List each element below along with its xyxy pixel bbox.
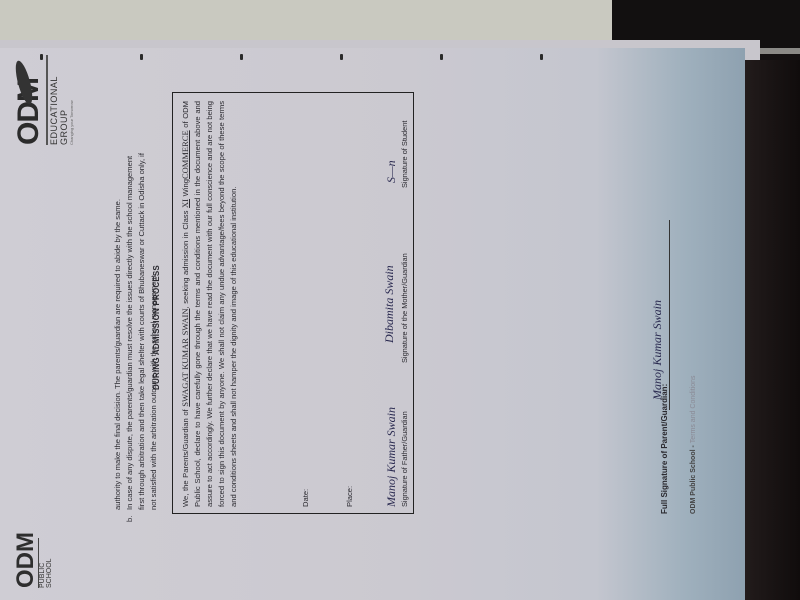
wing-value: COMMERCE: [180, 130, 190, 179]
declaration-paragraph: We, the Parents/Guardian of SWAGAT KUMAR…: [179, 101, 240, 507]
declaration-box: We, the Parents/Guardian of SWAGAT KUMAR…: [172, 92, 414, 514]
wing-label: Wing: [181, 179, 190, 196]
decl-prefix: We, the Parents/Guardian of: [181, 409, 190, 507]
staple-icon: [540, 54, 543, 60]
staple-icon: [240, 54, 243, 60]
intro-line: authority to make the final decision. Th…: [112, 70, 124, 510]
odm-public-school-logo: ODM PUBLIC SCHOOL: [14, 538, 53, 588]
student-name: SWAGAT KUMAR SWAIN: [180, 309, 190, 407]
mother-signature-label: Signature of the Mother/Guardian: [400, 253, 409, 363]
footer: ODM Public School - Terms and Conditions: [690, 376, 697, 515]
footer-school: ODM Public School -: [690, 445, 697, 514]
class-value: XI: [180, 199, 190, 208]
clause-label: b.: [124, 516, 136, 522]
full-signature-hand: Manoj Kumar Swain: [650, 300, 665, 400]
staple-icon: [440, 54, 443, 60]
student-signature-label: Signature of Student: [400, 121, 409, 188]
clause-line: first through arbitration and then take …: [136, 70, 148, 510]
logo-tagline: Changing your Tomorrow: [69, 55, 74, 145]
full-signature-line: [669, 220, 670, 410]
staple-icon: [140, 54, 143, 60]
father-signature-label: Signature of Father/Guardian: [400, 411, 409, 507]
decl-mid: , seeking admission in Class: [181, 211, 190, 309]
staple-icon: [340, 54, 343, 60]
logo-sub-text: EDUCATIONAL GROUP: [46, 55, 69, 145]
place-label: Place:: [345, 486, 354, 507]
document-page: ODM EDUCATIONAL GROUP Changing your Tomo…: [0, 48, 745, 600]
date-label: Date:: [301, 489, 310, 507]
mother-signature: Dibamita Swain: [382, 265, 397, 343]
intro-text: authority to make the final decision. Th…: [113, 199, 122, 510]
logo-main-text: ODM: [14, 538, 38, 588]
father-signature: Manoj Kumar Swain: [384, 407, 399, 507]
student-signature: S—n: [384, 160, 399, 183]
footer-doc: Terms and Conditions: [690, 376, 697, 444]
full-signature-label: Full Signature of Parent/Guardian:: [660, 384, 669, 514]
logo-sub-text: PUBLIC SCHOOL: [38, 538, 53, 588]
document-photo: ODM EDUCATIONAL GROUP Changing your Tomo…: [0, 48, 745, 600]
section-title: DURING ADMISSION PROCESS: [152, 265, 161, 390]
clause-line: In case of any dispute, the parents/guar…: [124, 70, 136, 510]
